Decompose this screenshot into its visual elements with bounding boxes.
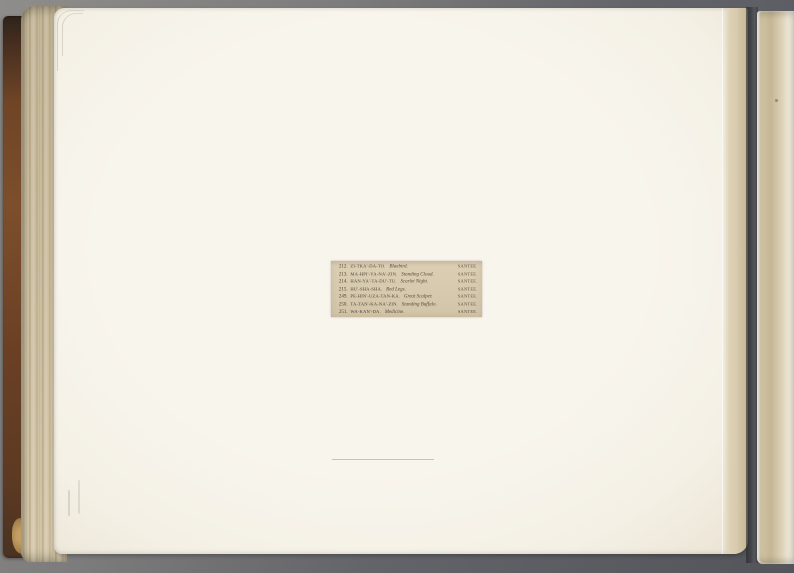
under-page-outline — [62, 13, 83, 56]
label-row: 215. HU'-SHA-SHA. Red Legs. SANTEE. — [335, 285, 478, 293]
entry-number: 249. — [335, 293, 348, 301]
entry-tribe: SANTEE. — [458, 308, 478, 316]
entry-translation: Standing Cloud. — [401, 270, 433, 278]
label-row: 249. PE-HIN'-UZA-TAN-KA. Great Scalper. … — [335, 293, 478, 301]
entry-translation: Medicine. — [385, 308, 405, 316]
pencil-marks — [68, 490, 70, 516]
facing-page-fore-edge — [757, 11, 794, 564]
entry-number: 214. — [335, 278, 348, 286]
label-row: 212. ZI-TKA'-DA-TO. Bluebird. SANTEE. — [335, 263, 478, 271]
entry-name: MA-HPI'-YA-NA'-ZIN. — [350, 270, 397, 278]
entry-translation: Great Scalper. — [404, 293, 433, 301]
entry-number: 212. — [335, 263, 348, 271]
entry-translation: Red Legs. — [386, 285, 406, 293]
entry-tribe: SANTEE. — [458, 293, 478, 301]
hairline-mark — [332, 459, 434, 460]
entry-name: PE-HIN'-UZA-TAN-KA. — [350, 293, 400, 301]
entry-translation: Standing Buffalo. — [402, 300, 437, 308]
label-row: 214. HAN-YA'-TA-DU'-TU. Scarlet Night. S… — [335, 278, 478, 286]
entry-number: 250. — [335, 300, 348, 308]
entry-name: TA-TAN'-KA-NA'-ZIN. — [350, 300, 397, 308]
entry-name: WA-KAN'-DA. — [350, 308, 380, 316]
catalog-label: 212. ZI-TKA'-DA-TO. Bluebird. SANTEE. 21… — [331, 261, 482, 317]
entry-number: 251. — [335, 308, 348, 316]
page-fore-edge-shading — [722, 8, 748, 554]
label-row: 251. WA-KAN'-DA. Medicine. SANTEE. — [335, 308, 478, 316]
album-page: 212. ZI-TKA'-DA-TO. Bluebird. SANTEE. 21… — [54, 8, 748, 554]
pencil-marks — [78, 480, 80, 514]
entry-number: 215. — [335, 285, 348, 293]
paper-speck — [775, 99, 778, 102]
entry-tribe: SANTEE. — [458, 270, 478, 278]
entry-translation: Bluebird. — [389, 263, 408, 271]
entry-tribe: SANTEE. — [458, 263, 478, 271]
entry-tribe: SANTEE. — [458, 278, 478, 286]
entry-tribe: SANTEE. — [458, 285, 478, 293]
label-row: 213. MA-HPI'-YA-NA'-ZIN. Standing Cloud.… — [335, 270, 478, 278]
photographed-album-scene: { "label": { "entries": [ { "number": "2… — [0, 0, 794, 573]
entry-translation: Scarlet Night. — [400, 278, 428, 286]
entry-number: 213. — [335, 270, 348, 278]
entry-name: ZI-TKA'-DA-TO. — [350, 263, 385, 271]
entry-name: HU'-SHA-SHA. — [350, 285, 382, 293]
entry-tribe: SANTEE. — [458, 300, 478, 308]
label-row: 250. TA-TAN'-KA-NA'-ZIN. Standing Buffal… — [335, 300, 478, 308]
catalog-label-text: 212. ZI-TKA'-DA-TO. Bluebird. SANTEE. 21… — [331, 261, 482, 317]
entry-name: HAN-YA'-TA-DU'-TU. — [350, 278, 396, 286]
